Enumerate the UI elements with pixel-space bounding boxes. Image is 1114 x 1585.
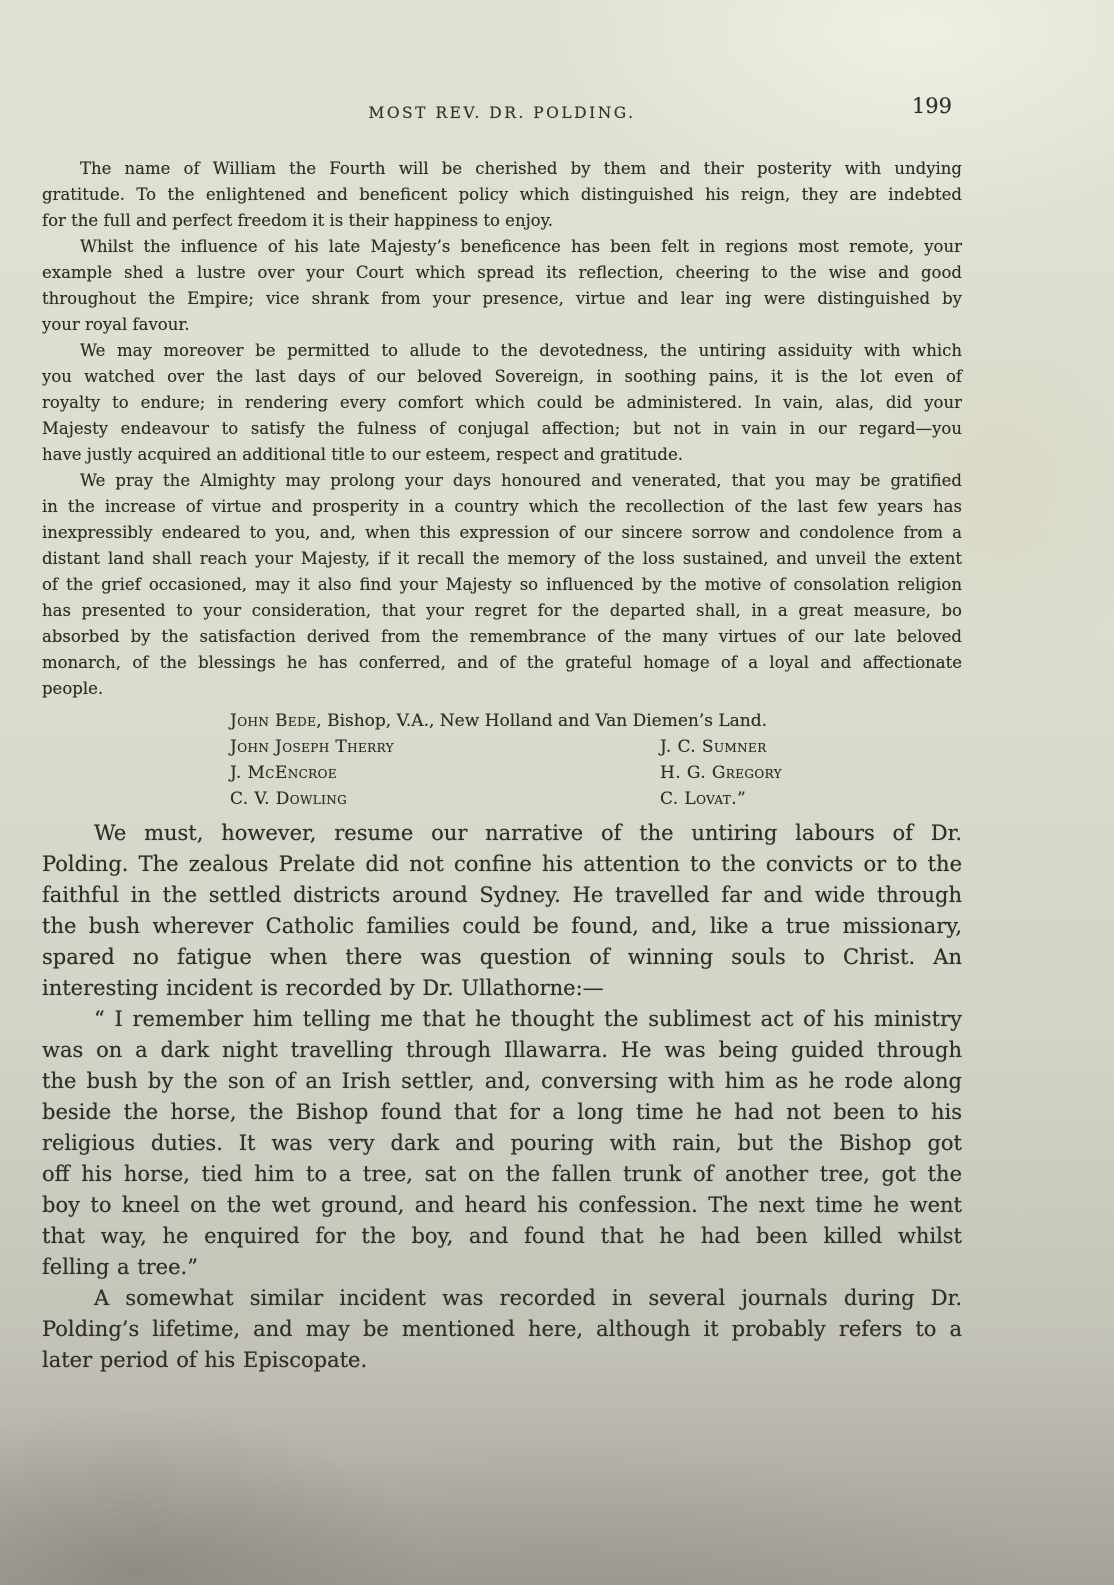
text-line: people. xyxy=(42,676,962,702)
paragraph: The name of William the Fourth will be c… xyxy=(42,156,962,234)
signature-rows: John Joseph TherryJ. C. SumnerJ. McEncro… xyxy=(230,734,962,812)
text-line: later period of his Episcopate. xyxy=(42,1345,962,1376)
text-line: “ I remember him telling me that he thou… xyxy=(42,1004,962,1035)
signatory-name: J. McEncroe xyxy=(230,760,660,786)
paragraph: “ I remember him telling me that he thou… xyxy=(42,1004,962,1283)
signature-principal: John Bede, Bishop, V.A., New Holland and… xyxy=(230,708,962,734)
signatory-name: John Bede xyxy=(230,711,316,731)
text-line: your royal favour. xyxy=(42,312,962,338)
text-line: interesting incident is recorded by Dr. … xyxy=(42,973,962,1004)
text-line: spared no fatigue when there was questio… xyxy=(42,942,962,973)
text-line: We may moreover be permitted to allude t… xyxy=(42,338,962,364)
page-number: 199 xyxy=(912,94,952,118)
paragraph: We pray the Almighty may prolong your da… xyxy=(42,468,962,702)
text-line: the bush wherever Catholic families coul… xyxy=(42,911,962,942)
text-line: the bush by the son of an Irish settler,… xyxy=(42,1066,962,1097)
text-line: throughout the Empire; vice shrank from … xyxy=(42,286,962,312)
signatory-name: C. V. Dowling xyxy=(230,786,660,812)
signature-row: John Joseph TherryJ. C. Sumner xyxy=(230,734,962,760)
paragraph: Whilst the influence of his late Majesty… xyxy=(42,234,962,338)
text-line: off his horse, tied him to a tree, sat o… xyxy=(42,1159,962,1190)
text-line: We pray the Almighty may prolong your da… xyxy=(42,468,962,494)
text-line: monarch, of the blessings he has conferr… xyxy=(42,650,962,676)
text-line: The name of William the Fourth will be c… xyxy=(42,156,962,182)
text-line: was on a dark night travelling through I… xyxy=(42,1035,962,1066)
text-line: absorbed by the satisfaction derived fro… xyxy=(42,624,962,650)
text-line: inexpressibly endeared to you, and, when… xyxy=(42,520,962,546)
signatory-name: H. G. Gregory xyxy=(660,760,782,786)
text-line: felling a tree.” xyxy=(42,1252,962,1283)
signatory-title: , Bishop, V.A., New Holland and Van Diem… xyxy=(316,711,767,731)
text-line: has presented to your consideration, tha… xyxy=(42,598,962,624)
text-line: Whilst the influence of his late Majesty… xyxy=(42,234,962,260)
text-line: have justly acquired an additional title… xyxy=(42,442,962,468)
paragraph: We must, however, resume our narrative o… xyxy=(42,818,962,1004)
signatory-name: J. C. Sumner xyxy=(660,734,767,760)
text-line: of the grief occasioned, may it also fin… xyxy=(42,572,962,598)
text-line: beside the horse, the Bishop found that … xyxy=(42,1097,962,1128)
book-page: MOST REV. DR. POLDING. 199 The name of W… xyxy=(0,0,1114,1585)
text-line: distant land shall reach your Majesty, i… xyxy=(42,546,962,572)
text-line: Polding’s lifetime, and may be mentioned… xyxy=(42,1314,962,1345)
text-line: in the increase of virtue and prosperity… xyxy=(42,494,962,520)
text-line: gratitude. To the enlightened and benefi… xyxy=(42,182,962,208)
text-line: We must, however, resume our narrative o… xyxy=(42,818,962,849)
signature-row: C. V. DowlingC. Lovat.” xyxy=(230,786,962,812)
text-line: religious duties. It was very dark and p… xyxy=(42,1128,962,1159)
text-line: royalty to endure; in rendering every co… xyxy=(42,390,962,416)
text-line: faithful in the settled districts around… xyxy=(42,880,962,911)
text-line: boy to kneel on the wet ground, and hear… xyxy=(42,1190,962,1221)
address-section: The name of William the Fourth will be c… xyxy=(42,156,962,702)
text-line: Polding. The zealous Prelate did not con… xyxy=(42,849,962,880)
paragraph: A somewhat similar incident was recorded… xyxy=(42,1283,962,1376)
signatory-name: C. Lovat.” xyxy=(660,786,746,812)
text-line: A somewhat similar incident was recorded… xyxy=(42,1283,962,1314)
text-line: you watched over the last days of our be… xyxy=(42,364,962,390)
signature-row: J. McEncroeH. G. Gregory xyxy=(230,760,962,786)
text-line: for the full and perfect freedom it is t… xyxy=(42,208,962,234)
signature-block: John Bede, Bishop, V.A., New Holland and… xyxy=(230,708,962,812)
page-content: MOST REV. DR. POLDING. 199 The name of W… xyxy=(42,0,962,1376)
running-title: MOST REV. DR. POLDING. xyxy=(368,104,635,122)
page-header: MOST REV. DR. POLDING. 199 xyxy=(42,102,962,132)
paragraph: We may moreover be permitted to allude t… xyxy=(42,338,962,468)
text-line: example shed a lustre over your Court wh… xyxy=(42,260,962,286)
text-line: Majesty endeavour to satisfy the fulness… xyxy=(42,416,962,442)
narrative-section: We must, however, resume our narrative o… xyxy=(42,818,962,1376)
signatory-name: John Joseph Therry xyxy=(230,734,660,760)
text-line: that way, he enquired for the boy, and f… xyxy=(42,1221,962,1252)
